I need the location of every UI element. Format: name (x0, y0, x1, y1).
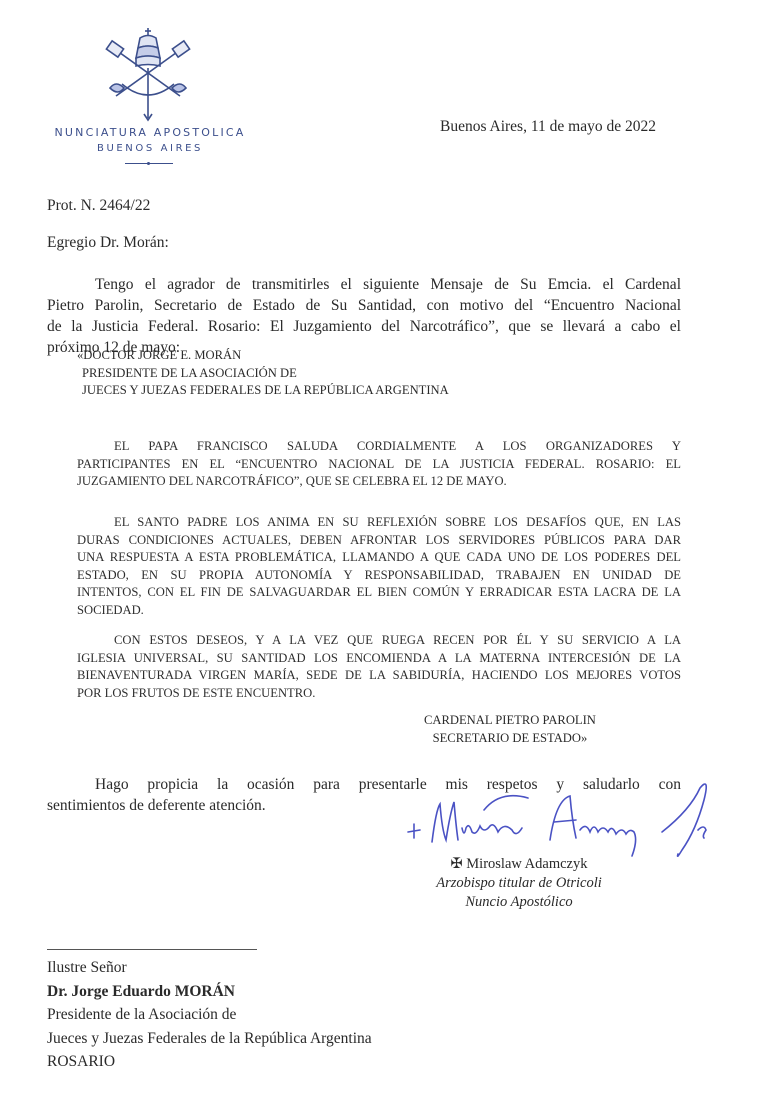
address-line: PRESIDENTE DE LA ASOCIACIÓN DE (77, 365, 449, 383)
message-line: INTENTOS, CON EL FIN DE SALVAGUARDAR EL … (77, 584, 681, 602)
cardinal-title: SECRETARIO DE ESTADO» (424, 730, 596, 748)
message-line: EL SANTO PADRE LOS ANIMA EN SU REFLEXIÓN… (77, 514, 681, 532)
message-paragraph-3: CON ESTOS DESEOS, Y A LA VEZ QUE RUEGA R… (77, 632, 681, 702)
message-paragraph-2: EL SANTO PADRE LOS ANIMA EN SU REFLEXIÓN… (77, 514, 681, 619)
cardinal-name: CARDENAL PIETRO PAROLIN (424, 712, 596, 730)
paragraph-line: Pietro Parolin, Secretario de Estado de … (47, 295, 681, 316)
message-paragraph-1: EL PAPA FRANCISCO SALUDA CORDIALMENTE A … (77, 438, 681, 491)
paragraph-line: de la Justicia Federal. Rosario: El Juzg… (47, 316, 681, 337)
organization-city: BUENOS AIRES (48, 143, 252, 154)
recipient-line: Jueces y Juezas Federales de la Repúblic… (47, 1027, 372, 1051)
message-line: JUZGAMIENTO DEL NARCOTRÁFICO”, QUE SE CE… (77, 473, 681, 491)
papal-crest-icon (100, 26, 196, 122)
signer-name: ✠ Miroslaw Adamczyk (424, 855, 614, 874)
organization-name: NUNCIATURA APOSTOLICA (48, 126, 252, 139)
signer-role: Nuncio Apostólico (424, 893, 614, 912)
address-line: JUECES Y JUEZAS FEDERALES DE LA REPÚBLIC… (77, 382, 449, 400)
recipient-block: Ilustre Señor Dr. Jorge Eduardo MORÁN Pr… (47, 956, 372, 1074)
message-line: SOCIEDAD. (77, 602, 681, 620)
recipient-divider (47, 949, 257, 950)
recipient-honorific: Ilustre Señor (47, 956, 372, 980)
message-line: PARTICIPANTES EN EL “ENCUENTRO NACIONAL … (77, 456, 681, 474)
recipient-line: Presidente de la Asociación de (47, 1003, 372, 1027)
message-line: EL PAPA FRANCISCO SALUDA CORDIALMENTE A … (77, 438, 681, 456)
message-line: CON ESTOS DESEOS, Y A LA VEZ QUE RUEGA R… (77, 632, 681, 650)
handwritten-signature-icon (400, 780, 720, 860)
message-line: BIENAVENTURADA VIRGEN MARÍA, SEDE DE LA … (77, 667, 681, 685)
recipient-name: Dr. Jorge Eduardo MORÁN (47, 980, 372, 1004)
date-line: Buenos Aires, 11 de mayo de 2022 (440, 118, 656, 136)
message-line: DURAS CONDICIONES ACTUALES, DEBEN AFRONT… (77, 532, 681, 550)
salutation: Egregio Dr. Morán: (47, 234, 169, 252)
signer-block: ✠ Miroslaw Adamczyk Arzobispo titular de… (424, 855, 614, 912)
intro-paragraph: Tengo el agrador de transmitirles el sig… (47, 274, 681, 358)
signer-title: Arzobispo titular de Otricoli (424, 874, 614, 893)
letterhead-divider (125, 163, 173, 164)
message-line: IGLESIA UNIVERSAL, SU SANTIDAD LOS ENCOM… (77, 650, 681, 668)
message-line: ESTADO, EN SU PROPIA AUTONOMÍA Y RESPONS… (77, 567, 681, 585)
address-line: «DOCTOR JORGE E. MORÁN (77, 347, 449, 365)
message-line: POR LOS FRUTOS DE ESTE ENCUENTRO. (77, 685, 681, 703)
protocol-number: Prot. N. 2464/22 (47, 197, 150, 215)
recipient-city: ROSARIO (47, 1050, 372, 1074)
paragraph-line: Tengo el agrador de transmitirles el sig… (47, 274, 681, 295)
message-sign-off: CARDENAL PIETRO PAROLIN SECRETARIO DE ES… (424, 712, 596, 747)
message-line: UNA RESPUESTA A ESTA PROBLEMÁTICA, LLAMA… (77, 549, 681, 567)
message-address: «DOCTOR JORGE E. MORÁN PRESIDENTE DE LA … (77, 347, 449, 400)
